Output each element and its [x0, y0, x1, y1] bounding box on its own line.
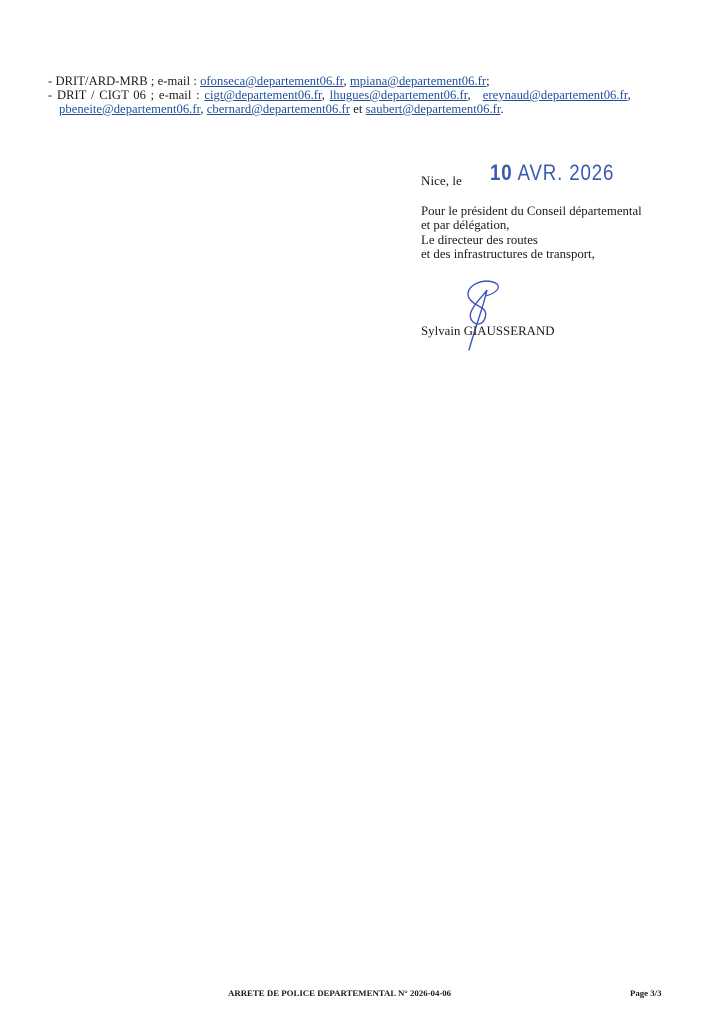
- separator: .: [500, 102, 503, 116]
- signer-name: Sylvain GIAUSSERAND: [421, 324, 555, 339]
- separator: ;: [486, 74, 490, 88]
- distribution-line-cigt-cont: pbeneite@departement06.fr, cbernard@depa…: [59, 102, 504, 117]
- delegation-line: Le directeur des routes: [421, 233, 642, 247]
- date-place: Nice, le: [421, 173, 462, 189]
- recipient-label: - DRIT/ARD-MRB ; e-mail :: [48, 74, 200, 88]
- delegation-line: Pour le président du Conseil département…: [421, 204, 642, 218]
- stamp-day: 10: [490, 160, 513, 185]
- email-link[interactable]: mpiana@departement06.fr: [350, 74, 486, 88]
- email-link[interactable]: pbeneite@departement06.fr: [59, 102, 200, 116]
- delegation-block: Pour le président du Conseil département…: [421, 204, 642, 261]
- distribution-line-ard-mrb: - DRIT/ARD-MRB ; e-mail : ofonseca@depar…: [48, 74, 490, 89]
- separator: ,: [628, 88, 631, 102]
- email-link[interactable]: saubert@departement06.fr: [366, 102, 501, 116]
- page-number: Page 3/3: [630, 988, 662, 998]
- stamp-month-year: AVR. 2026: [518, 160, 615, 185]
- separator: ,: [322, 88, 325, 102]
- separator: ,: [468, 88, 471, 102]
- delegation-line: et par délégation,: [421, 218, 642, 232]
- date-stamp: 10 AVR. 2026: [490, 160, 614, 186]
- signature-icon: [455, 278, 515, 353]
- footer-title: ARRETE DE POLICE DEPARTEMENTAL N° 2026-0…: [228, 988, 451, 998]
- distribution-line-cigt: - DRIT / CIGT 06 ; e-mail : cigt@departe…: [48, 88, 631, 103]
- recipient-label: - DRIT / CIGT 06 ; e-mail :: [48, 88, 204, 102]
- email-link[interactable]: ofonseca@departement06.fr: [200, 74, 343, 88]
- separator: et: [350, 102, 366, 116]
- email-link[interactable]: cbernard@departement06.fr: [207, 102, 350, 116]
- email-link[interactable]: cigt@departement06.fr: [204, 88, 321, 102]
- email-link[interactable]: ereynaud@departement06.fr: [483, 88, 628, 102]
- email-link[interactable]: lhugues@departement06.fr: [330, 88, 468, 102]
- delegation-line: et des infrastructures de transport,: [421, 247, 642, 261]
